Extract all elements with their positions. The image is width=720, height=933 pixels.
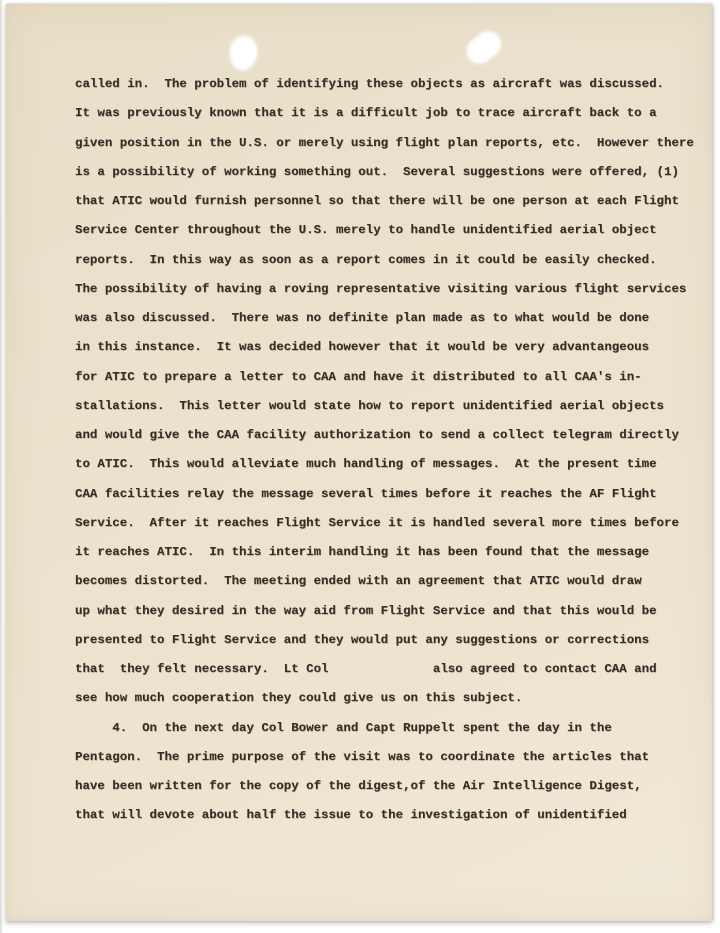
scanned-page-frame: called in. The problem of identifying th…	[0, 0, 720, 933]
memo-body-text: called in. The problem of identifying th…	[75, 70, 705, 831]
scanner-edge-shadow	[0, 0, 3, 933]
memo-paper-sheet: called in. The problem of identifying th…	[6, 4, 712, 921]
hole-punch-left	[228, 34, 259, 71]
hole-punch-right	[462, 27, 506, 69]
